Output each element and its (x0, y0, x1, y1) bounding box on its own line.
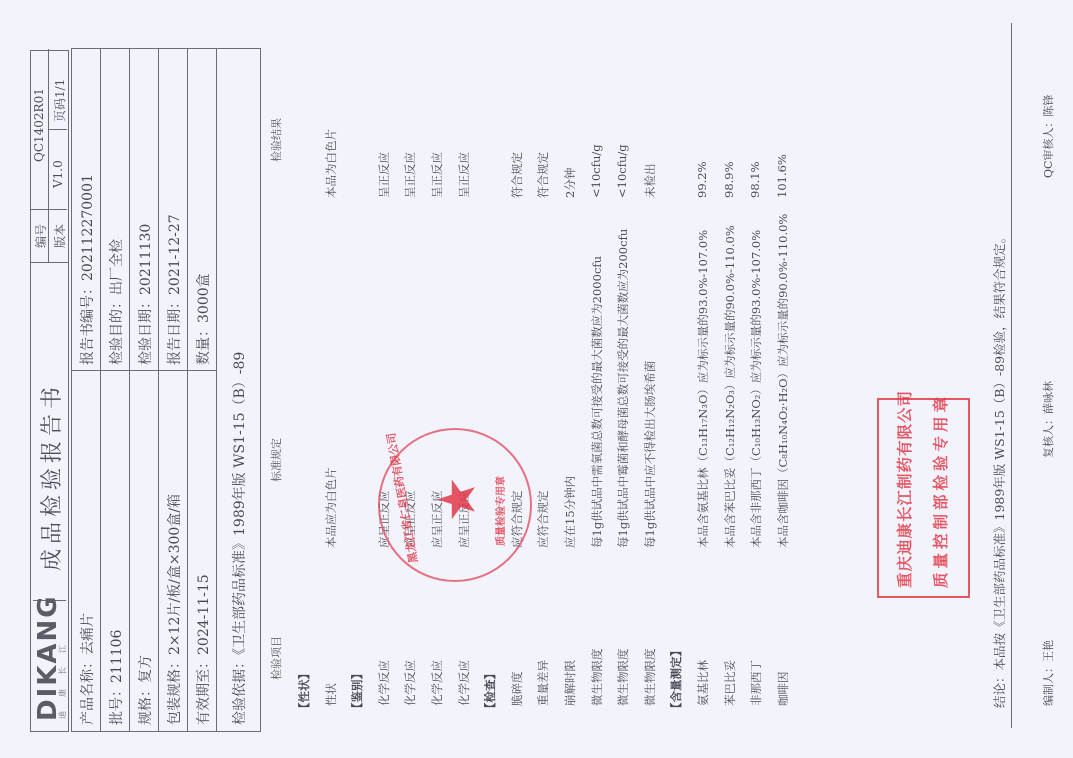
test-result: 呈正反应 (402, 152, 418, 198)
stamp-star-icon: ★ (430, 479, 484, 520)
test-result: 本品为白色片 (323, 129, 339, 198)
test-item: 化学反应 (376, 660, 392, 706)
inspection-purpose: 检验目的：出厂全检 (106, 239, 126, 365)
test-item: 化学反应 (402, 660, 418, 706)
report-header: DIKANG 迪康长江 成品检验报告书 编号 QC1402R01 版本 V1.0… (30, 50, 69, 732)
company-logo: DIKANG 迪康长江 (33, 600, 66, 727)
report-number: 报告书编号：202112270001 (77, 174, 97, 365)
document-code-box: 编号 QC1402R01 版本 V1.0 页码1/1 (30, 49, 69, 263)
standard-requirement: 应在15分钟内 (562, 476, 578, 548)
compiler-signature: 编制人：王艳 (1040, 640, 1056, 706)
version-value: V1.0 (51, 160, 65, 188)
test-item: 苯巴比妥 (722, 660, 738, 706)
test-result: 2分钟 (562, 168, 578, 198)
column-header-result: 检验结果 (268, 118, 284, 162)
round-stamp-subtext: 质量检验专用章 (492, 476, 507, 546)
test-result: 符合规定 (509, 152, 525, 198)
test-item: 化学反应 (429, 660, 445, 706)
batch-number: 批号：211106 (106, 630, 126, 725)
rect-stamp-line2: 质量控制部检验专用章 (929, 393, 951, 588)
section-heading: 【性状】 (296, 668, 312, 714)
section-heading: 【检查】 (482, 668, 498, 714)
standard-requirement: 本品含非那西丁（C₁₀H₁₃NO₂）应为标示量的93.0%-107.0% (748, 230, 764, 548)
standard-requirement: 每1g供试品中应不得检出大肠埃希菌 (642, 361, 658, 548)
test-result: 99.2% (695, 161, 709, 198)
logo-subtitle: 迪康长江 (57, 631, 68, 719)
round-company-stamp: ★ 黑龙江省仁皇医药有限公司 质量检验专用章 (378, 428, 532, 582)
product-info-table: 产品名称：去痛片 报告书编号：202112270001 批号：211106 检验… (71, 48, 261, 732)
round-stamp-text: 黑龙江省仁皇医药有限公司 (383, 432, 422, 565)
test-result: 未检出 (642, 164, 658, 199)
code-label: 编号 (32, 224, 49, 248)
test-result: 98.1% (748, 161, 762, 198)
test-item: 微生物限度 (589, 649, 605, 707)
section-heading: 【鉴别】 (349, 668, 365, 714)
packaging-spec: 包装规格：2×12片/板/盒×300盒/箱 (164, 494, 184, 725)
test-item: 咖啡因 (775, 672, 791, 707)
reviewer-signature: 复核人：薛咏林 (1040, 381, 1056, 458)
info-row: 批号：211106 检验目的：出厂全检 (101, 49, 130, 731)
version-label: 版本 (51, 224, 68, 248)
column-header-item: 检验项目 (268, 636, 284, 680)
info-row: 规格：复方 检验日期：20211130 (130, 49, 159, 731)
standard-requirement: 本品含苯巴比妥（C₁₂H₁₂N₂O₃）应为标示量的90.0%-110.0% (722, 225, 738, 548)
inspection-basis: 检验依据：《卫生部药品标准》1989年版 WS1-15（B）-89 (229, 352, 249, 725)
quantity: 数量：3000盒 (193, 273, 213, 365)
report-date: 报告日期：2021-12-27 (164, 214, 184, 365)
code-value: QC1402R01 (32, 88, 46, 162)
test-item: 脆碎度 (509, 672, 525, 707)
test-result: 呈正反应 (376, 152, 392, 198)
test-result: <10cfu/g (589, 144, 603, 198)
test-item: 崩解时限 (562, 660, 578, 706)
test-item: 氨基比林 (695, 660, 711, 706)
column-header-standard: 标准规定 (268, 438, 284, 482)
page-title: 成品检验报告书 (35, 382, 66, 571)
standard-requirement: 每1g供试品中霉菌和酵母菌总数可接受的最大菌数应为200cfu (615, 229, 631, 548)
info-row: 包装规格：2×12片/板/盒×300盒/箱 报告日期：2021-12-27 (159, 49, 188, 731)
test-result: 呈正反应 (456, 152, 472, 198)
test-item: 微生物限度 (642, 649, 658, 707)
test-item: 化学反应 (456, 660, 472, 706)
test-result: 呈正反应 (429, 152, 445, 198)
test-result: 98.9% (722, 161, 736, 198)
inspection-report-page: DIKANG 迪康长江 成品检验报告书 编号 QC1402R01 版本 V1.0… (0, 0, 1073, 758)
expiry-date: 有效期至：2024-11-15 (193, 574, 213, 725)
rect-stamp-line1: 重庆迪康长江制药有限公司 (893, 390, 915, 588)
section-heading: 【含量测定】 (668, 645, 684, 714)
inspection-date: 检验日期：20211130 (135, 224, 155, 365)
conclusion-divider (1011, 23, 1012, 728)
test-item: 非那西丁 (748, 660, 764, 706)
test-result: 符合规定 (535, 152, 551, 198)
qc-auditor-signature: QC审核人：陈锋 (1040, 95, 1056, 178)
test-item: 微生物限度 (615, 649, 631, 707)
standard-requirement: 本品含咖啡因（C₈H₁₀N₄O₂·H₂O）应为标示量的90.0%-110.0% (775, 214, 791, 548)
test-result: <10cfu/g (615, 144, 629, 198)
info-row: 检验依据：《卫生部药品标准》1989年版 WS1-15（B）-89 (217, 49, 259, 731)
page-number: 页码1/1 (51, 79, 68, 122)
test-result: 101.6% (775, 154, 789, 198)
info-row: 有效期至：2024-11-15 数量：3000盒 (188, 49, 217, 731)
product-name: 产品名称：去痛片 (77, 613, 97, 725)
rect-qc-stamp: 重庆迪康长江制药有限公司 质量控制部检验专用章 (877, 398, 970, 598)
standard-requirement: 应符合规定 (535, 491, 551, 549)
standard-requirement: 每1g供试品中需氧菌总数可接受的最大菌数应为2000cfu (589, 256, 605, 548)
conclusion-text: 结论：本品按《卫生部药品标准》1989年版 WS1-15（B）-89检验，结果符… (990, 231, 1008, 708)
specification: 规格：复方 (135, 655, 155, 725)
standard-requirement: 本品含氨基比林（C₁₃H₁₇N₃O）应为标示量的93.0%-107.0% (695, 230, 711, 548)
info-row: 产品名称：去痛片 报告书编号：202112270001 (72, 49, 101, 731)
standard-requirement: 本品应为白色片 (323, 468, 339, 549)
test-item: 性状 (323, 683, 339, 706)
test-item: 重量差异 (535, 660, 551, 706)
